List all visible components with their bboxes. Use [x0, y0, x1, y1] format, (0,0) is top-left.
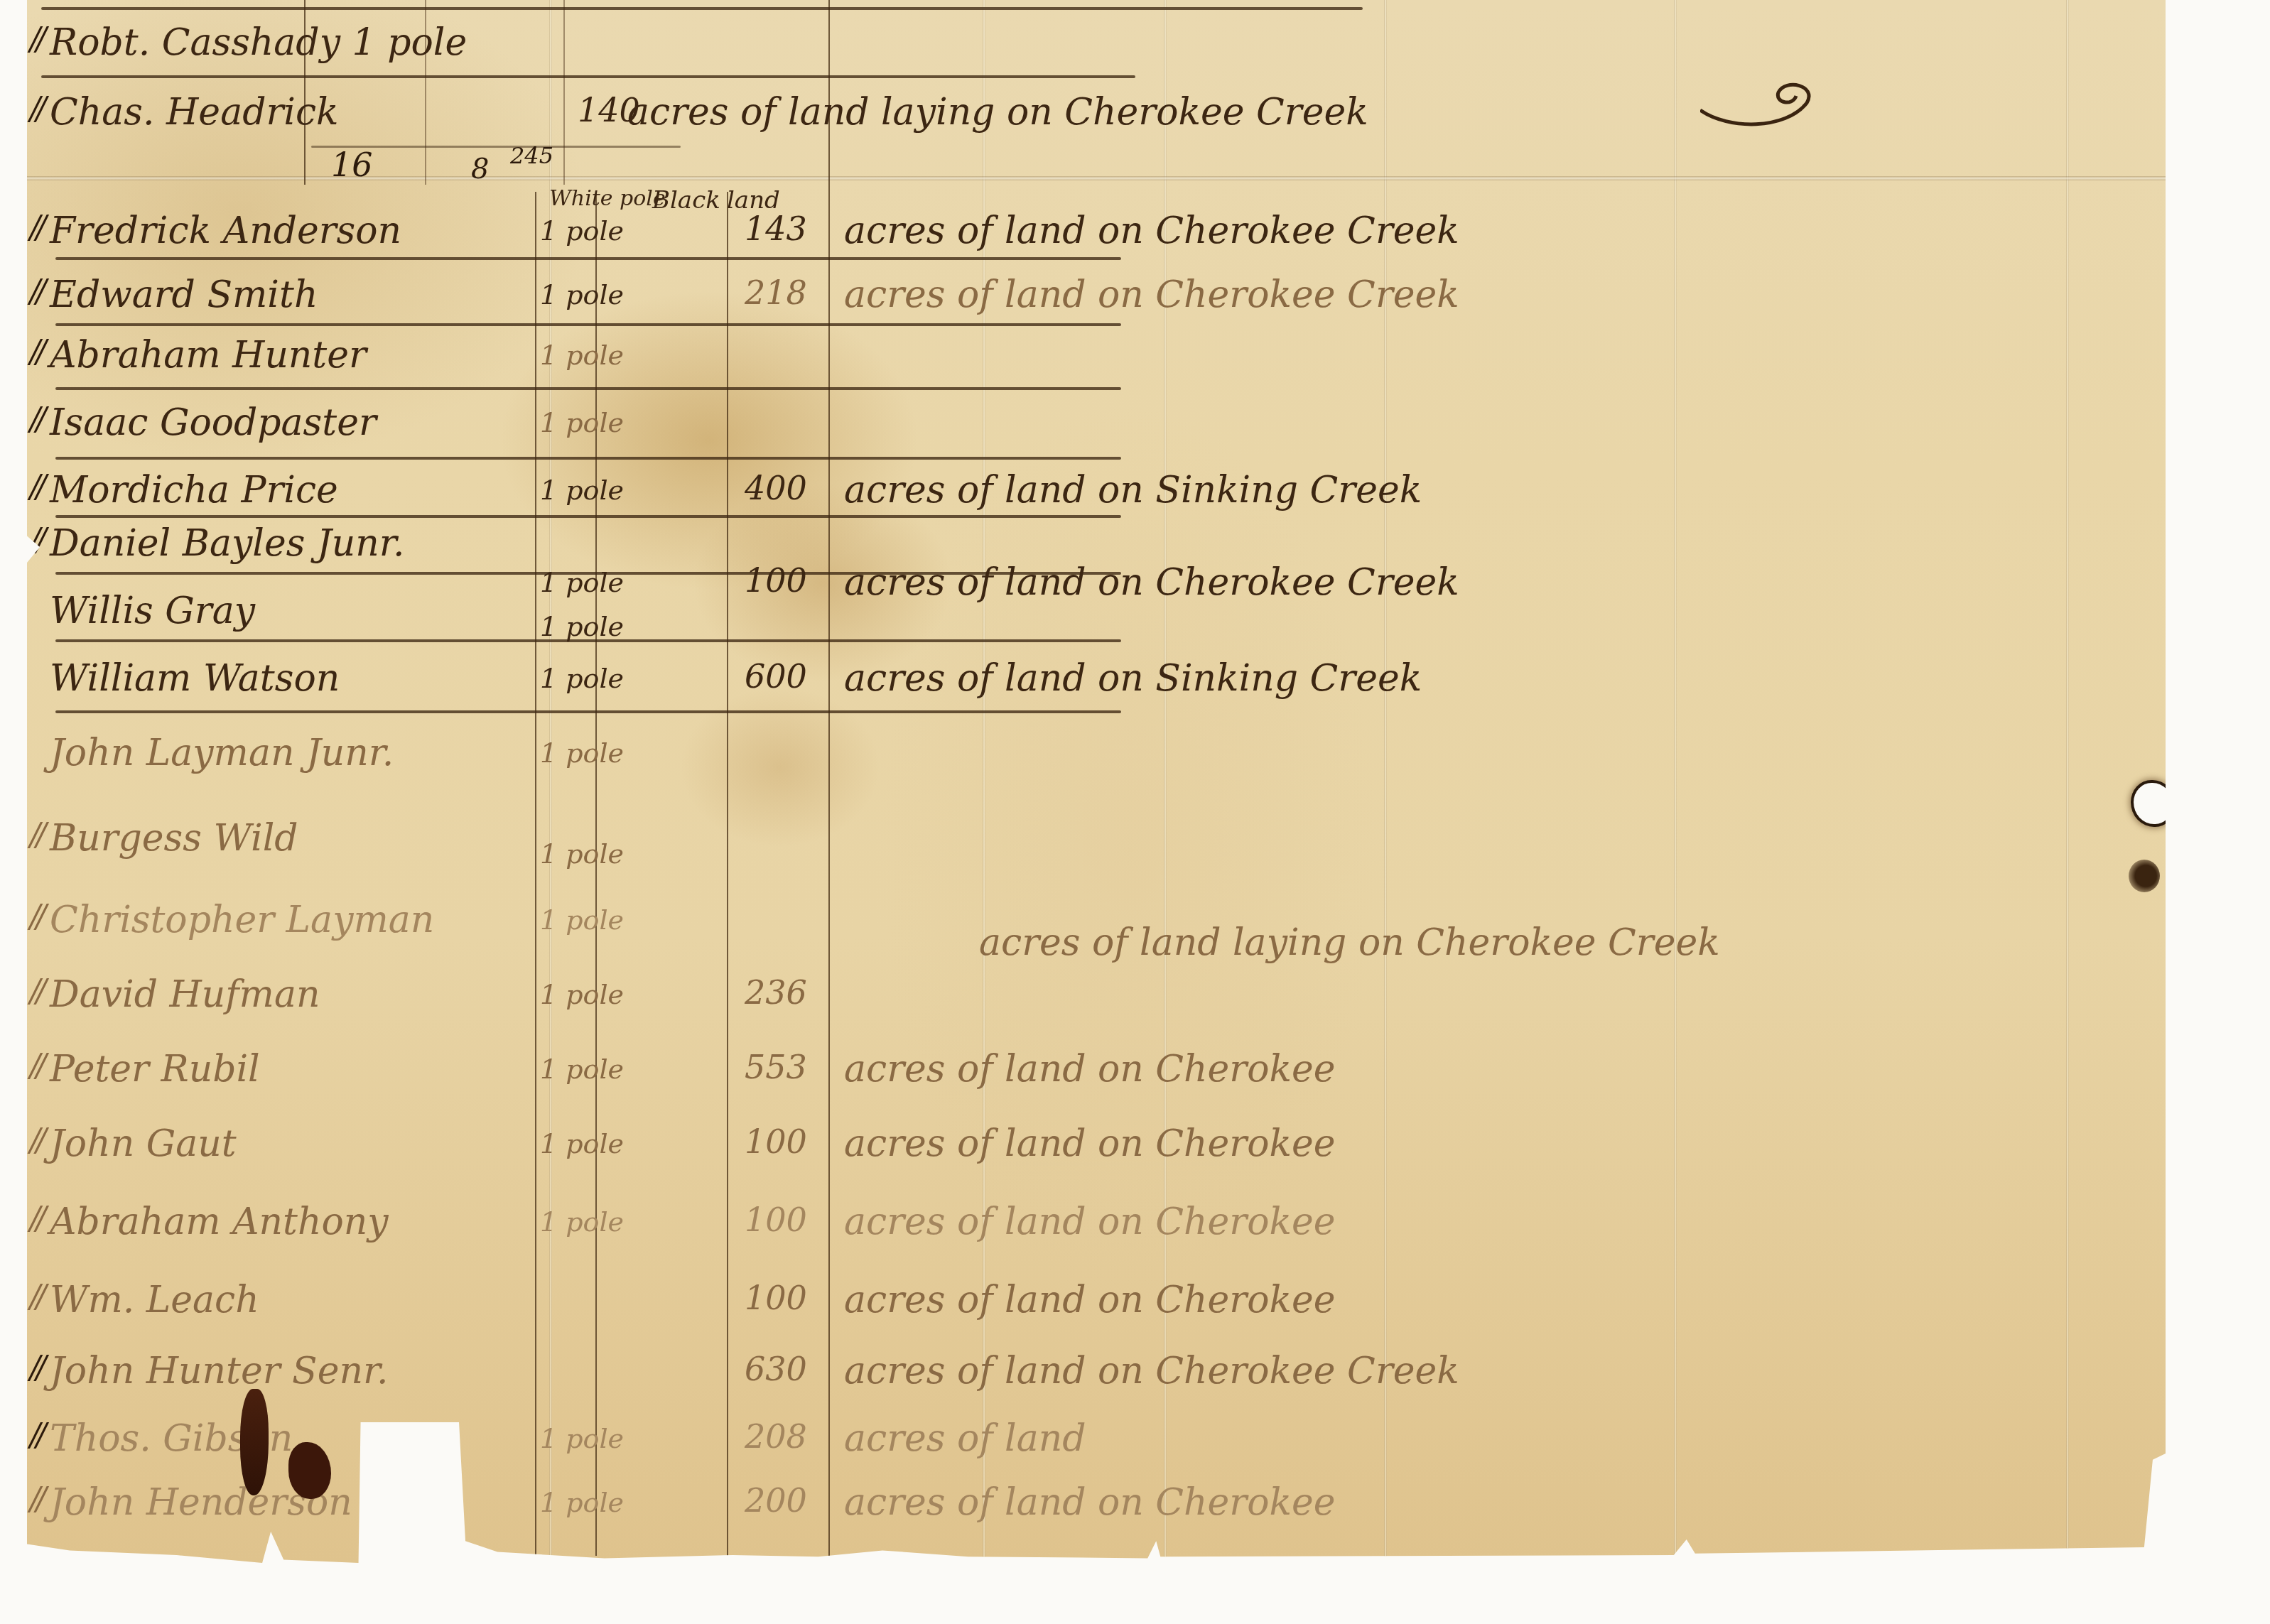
entry-mark: // [30, 899, 43, 935]
entry-name: John Layman Junr. [50, 732, 394, 774]
entry-name: Fredrick Anderson [50, 210, 401, 252]
table-row: // Christopher Layman 1 pole acres of la… [27, 899, 2166, 967]
row-rule [41, 7, 1363, 10]
entry-poll: 1 pole [540, 1054, 624, 1085]
entry-name: Willis Gray [50, 590, 255, 632]
entry-mark: // [30, 401, 43, 438]
table-row: // Fredrick Anderson 1 pole 143 acres of… [27, 210, 2166, 278]
flourish-icon [1700, 75, 1814, 131]
entry-description: acres of land on Cherokee [844, 1481, 1336, 1524]
entry-mark: // [30, 1481, 43, 1517]
entry-description: acres of land laying on Cherokee Creek [979, 921, 1720, 964]
entry-acres: 100 [745, 1122, 807, 1161]
entry-acres: 143 [745, 210, 807, 248]
table-row: // Robt. Casshady 1 pole [27, 21, 2166, 90]
table-row: // Abraham Anthony 1 pole 100 acres of l… [27, 1201, 2166, 1269]
entry-description: acres of land on Cherokee [844, 1279, 1336, 1321]
document-sheet: // Robt. Casshady 1 pole // Chas. Headri… [27, 0, 2166, 1563]
entry-poll: 1 pole [540, 1487, 624, 1518]
entry-description: acres of land on Cherokee Creek [844, 210, 1459, 252]
entry-acres: 630 [745, 1350, 807, 1388]
entry-mark: // [30, 1201, 43, 1237]
entry-name: Wm. Leach [50, 1279, 259, 1321]
entry-poll: 1 pole [540, 407, 624, 438]
entry-poll: 1 pole [540, 1206, 624, 1238]
entry-description: acres of land laying on Cherokee Creek [627, 91, 1368, 134]
tally-land: 245 [510, 142, 553, 169]
entry-acres: 553 [745, 1048, 807, 1086]
entry-poll: 1 pole [540, 611, 624, 642]
entry-name: Edward Smith [50, 274, 318, 316]
table-row: John Layman Junr. 1 pole [27, 732, 2166, 800]
entry-name: John Gaut [50, 1122, 237, 1165]
entry-mark: // [30, 1350, 43, 1386]
entry-name: Christopher Layman [50, 899, 434, 941]
entry-name: Robt. Casshady 1 pole [50, 21, 467, 64]
entry-poll: 1 pole [540, 475, 624, 506]
entry-mark: // [30, 1122, 43, 1159]
entry-mark: // [30, 1279, 43, 1315]
entry-description: acres of land on Cherokee Creek [844, 1350, 1459, 1392]
ink-blot-icon [240, 1389, 269, 1495]
entry-poll: 1 pole [540, 904, 624, 936]
entry-poll: 1 pole [540, 1128, 624, 1159]
table-row: // Thos. Gibson 1 pole 208 acres of land [27, 1417, 2166, 1485]
entry-name: Peter Rubil [50, 1048, 260, 1090]
entry-name: Abraham Hunter [50, 334, 367, 377]
entry-poll: 1 pole [540, 279, 624, 310]
entry-acres: 100 [745, 1201, 807, 1239]
entry-acres: 400 [745, 469, 807, 507]
entry-name: Isaac Goodpaster [50, 401, 377, 444]
table-row: // John Gaut 1 pole 100 acres of land on… [27, 1122, 2166, 1191]
entry-name: David Hufman [50, 973, 320, 1016]
entry-description: acres of land [844, 1417, 1086, 1460]
entry-mark: // [30, 91, 43, 127]
entry-acres: 218 [745, 274, 807, 312]
entry-description: acres of land on Sinking Creek [844, 469, 1422, 511]
entry-name: Daniel Bayles Junr. [50, 522, 404, 565]
entry-name: William Watson [50, 657, 340, 700]
table-row: // Wm. Leach 100 acres of land on Cherok… [27, 1279, 2166, 1347]
entry-mark: // [30, 817, 43, 853]
tally-polls: 16 [331, 146, 373, 184]
entry-poll: 1 pole [540, 737, 624, 769]
entry-mark: // [30, 334, 43, 370]
entry-name: Abraham Anthony [50, 1201, 389, 1243]
entry-description: acres of land on Cherokee [844, 1201, 1336, 1243]
entry-description: acres of land on Cherokee Creek [844, 274, 1459, 316]
entry-mark: // [30, 469, 43, 505]
entry-acres: 100 [745, 1279, 807, 1317]
entry-name: John Hunter Senr. [50, 1350, 389, 1392]
entry-mark: // [30, 210, 43, 246]
entry-poll: 1 pole [540, 979, 624, 1010]
entry-mark: // [30, 274, 43, 310]
entry-description: acres of land on Cherokee [844, 1122, 1336, 1165]
entry-description: acres of land on Cherokee [844, 1048, 1336, 1090]
table-row: // John Hunter Senr. 630 acres of land o… [27, 1350, 2166, 1418]
entry-acres: 208 [745, 1417, 807, 1456]
entry-name: Burgess Wild [50, 817, 298, 860]
table-row: // David Hufman 1 pole 236 [27, 973, 2166, 1041]
entry-acres: 200 [745, 1481, 807, 1520]
entry-mark: // [30, 973, 43, 1009]
table-row: // Edward Smith 1 pole 218 acres of land… [27, 274, 2166, 342]
table-row: Willis Gray 1 pole [27, 590, 2166, 658]
entry-name: Chas. Headrick [50, 91, 339, 134]
entry-description: acres of land on Sinking Creek [844, 657, 1422, 700]
entry-acres: 236 [745, 973, 807, 1012]
ink-blot-icon [2129, 860, 2160, 892]
table-row: // Isaac Goodpaster 1 pole [27, 401, 2166, 470]
entry-mark: // [30, 522, 43, 558]
table-row: // John Henderson 1 pole 200 acres of la… [27, 1481, 2166, 1549]
entry-poll: 1 pole [540, 1423, 624, 1454]
entry-poll: 1 pole [540, 838, 624, 870]
entry-mark: // [30, 1417, 43, 1454]
entry-name: Mordicha Price [50, 469, 338, 511]
entry-mark: // [30, 1048, 43, 1084]
tally-black: 8 [471, 153, 489, 185]
entry-poll: 1 pole [540, 663, 624, 694]
entry-poll: 1 pole [540, 340, 624, 371]
entry-poll: 1 pole [540, 215, 624, 247]
table-row: // Abraham Hunter 1 pole [27, 334, 2166, 402]
table-row: // Burgess Wild 1 pole [27, 817, 2166, 885]
column-header-poll: White pole [549, 186, 666, 211]
entry-acres: 600 [745, 657, 807, 695]
table-row: William Watson 1 pole 600 acres of land … [27, 657, 2166, 725]
table-row: // Peter Rubil 1 pole 553 acres of land … [27, 1048, 2166, 1116]
entry-mark: // [30, 21, 43, 58]
